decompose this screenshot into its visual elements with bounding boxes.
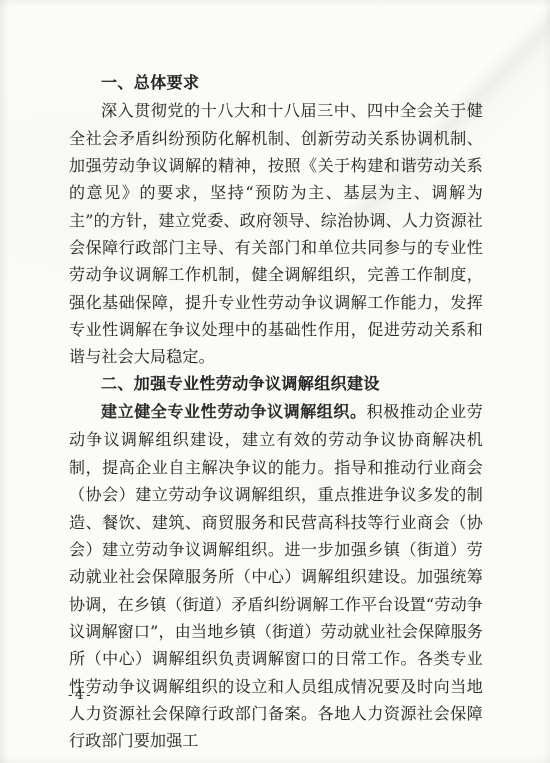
section-1-paragraph: 深入贯彻党的十八大和十八届三中、四中全会关于健全社会矛盾纠纷预防化解机制、创新劳…	[69, 97, 483, 370]
page-number: -4-	[68, 687, 93, 703]
section-1-heading: 一、总体要求	[69, 70, 483, 97]
section-1-paragraph-text: 深入贯彻党的十八大和十八届三中、四中全会关于健全社会矛盾纠纷预防化解机制、创新劳…	[69, 101, 483, 366]
scanned-document-page: 一、总体要求 深入贯彻党的十八大和十八届三中、四中全会关于健全社会矛盾纠纷预防化…	[0, 0, 550, 763]
section-2-heading: 二、加强专业性劳动争议调解组织建设	[69, 371, 483, 398]
document-body: 一、总体要求 深入贯彻党的十八大和十八届三中、四中全会关于健全社会矛盾纠纷预防化…	[69, 70, 483, 755]
section-2-paragraph-text: 积极推动企业劳动争议调解组织建设，建立有效的劳动争议协商解决机制，提高企业自主解…	[69, 402, 483, 750]
section-2-paragraph: 建立健全专业性劳动争议调解组织。积极推动企业劳动争议调解组织建设，建立有效的劳动…	[69, 398, 483, 754]
section-2-paragraph-lead: 建立健全专业性劳动争议调解组织。	[101, 404, 367, 421]
